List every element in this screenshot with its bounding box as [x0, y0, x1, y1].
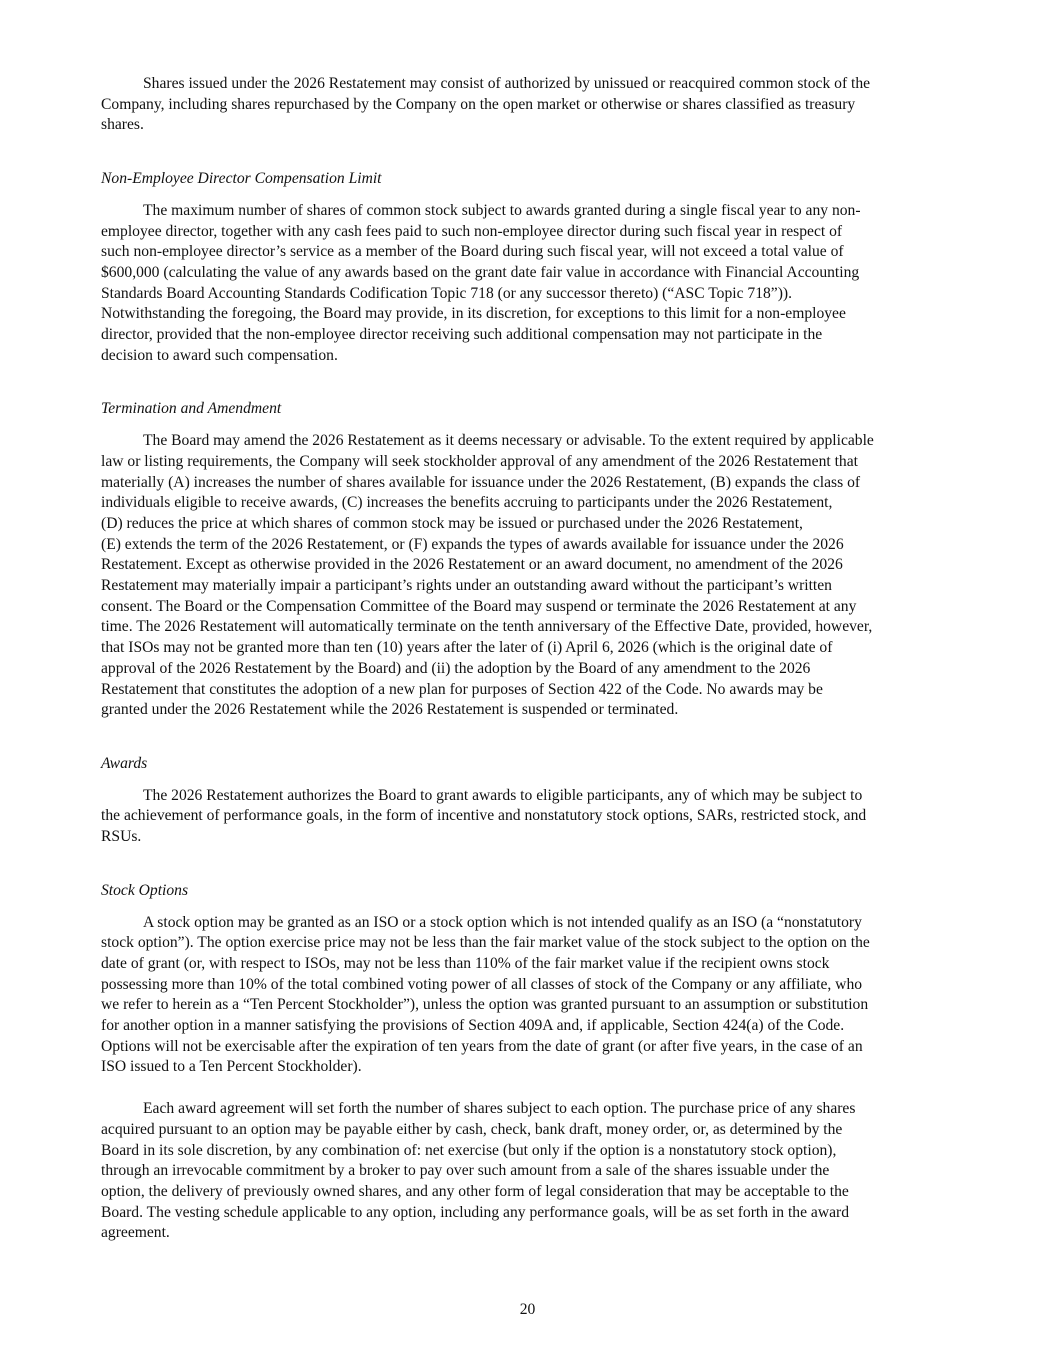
text-line: employee director, together with any cas…	[101, 222, 961, 243]
text-line: materially (A) increases the number of s…	[101, 473, 961, 494]
text-line: The maximum number of shares of common s…	[101, 201, 961, 222]
section-non-employee-director-limit: Non-Employee Director Compensation Limit…	[101, 169, 961, 366]
text-line: shares.	[101, 115, 961, 136]
text-line: (D) reduces the price at which shares of…	[101, 514, 961, 535]
text-line: Restatement. Except as otherwise provide…	[101, 555, 961, 576]
text-line: for another option in a manner satisfyin…	[101, 1016, 961, 1037]
text-line: Board. The vesting schedule applicable t…	[101, 1203, 961, 1224]
page-number: 20	[0, 1301, 1055, 1319]
text-line: through an irrevocable commitment by a b…	[101, 1161, 961, 1182]
text-line: A stock option may be granted as an ISO …	[101, 913, 961, 934]
text-line: Notwithstanding the foregoing, the Board…	[101, 304, 961, 325]
text-line: we refer to herein as a “Ten Percent Sto…	[101, 995, 961, 1016]
text-line: option, the delivery of previously owned…	[101, 1182, 961, 1203]
section-stock-options: Stock Options A stock option may be gran…	[101, 881, 961, 1244]
text-line: granted under the 2026 Restatement while…	[101, 700, 961, 721]
section-heading: Termination and Amendment	[101, 399, 961, 420]
text-line: individuals eligible to receive awards, …	[101, 493, 961, 514]
text-line: (E) extends the term of the 2026 Restate…	[101, 535, 961, 556]
section-shares-issued: Shares issued under the 2026 Restatement…	[101, 74, 961, 136]
section-awards: Awards The 2026 Restatement authorizes t…	[101, 754, 961, 848]
text-line: time. The 2026 Restatement will automati…	[101, 617, 961, 638]
text-line: The 2026 Restatement authorizes the Boar…	[101, 786, 961, 807]
text-line: the achievement of performance goals, in…	[101, 806, 961, 827]
text-line: that ISOs may not be granted more than t…	[101, 638, 961, 659]
text-line: decision to award such compensation.	[101, 346, 961, 367]
text-line: Restatement that constitutes the adoptio…	[101, 680, 961, 701]
section-heading: Non-Employee Director Compensation Limit	[101, 169, 961, 190]
text-line: consent. The Board or the Compensation C…	[101, 597, 961, 618]
text-line: approval of the 2026 Restatement by the …	[101, 659, 961, 680]
text-line: law or listing requirements, the Company…	[101, 452, 961, 473]
text-line: $600,000 (calculating the value of any a…	[101, 263, 961, 284]
paragraph-stock-options-1: A stock option may be granted as an ISO …	[101, 913, 961, 1079]
text-line: date of grant (or, with respect to ISOs,…	[101, 954, 961, 975]
paragraph-awards: The 2026 Restatement authorizes the Boar…	[101, 786, 961, 848]
section-heading: Awards	[101, 754, 961, 775]
section-heading: Stock Options	[101, 881, 961, 902]
text-line: stock option”). The option exercise pric…	[101, 933, 961, 954]
text-line: acquired pursuant to an option may be pa…	[101, 1120, 961, 1141]
text-line: Shares issued under the 2026 Restatement…	[101, 74, 961, 95]
text-line: Board in its sole discretion, by any com…	[101, 1141, 961, 1162]
paragraph-stock-options-2: Each award agreement will set forth the …	[101, 1099, 961, 1244]
text-line: director, provided that the non-employee…	[101, 325, 961, 346]
paragraph-shares-issued: Shares issued under the 2026 Restatement…	[101, 74, 961, 136]
text-line: ISO issued to a Ten Percent Stockholder)…	[101, 1057, 961, 1078]
text-line: such non-employee director’s service as …	[101, 242, 961, 263]
text-line: Each award agreement will set forth the …	[101, 1099, 961, 1120]
document-page: Shares issued under the 2026 Restatement…	[101, 74, 961, 1244]
text-line: Company, including shares repurchased by…	[101, 95, 961, 116]
paragraph-director-limit: The maximum number of shares of common s…	[101, 201, 961, 367]
text-line: Options will not be exercisable after th…	[101, 1037, 961, 1058]
text-line: possessing more than 10% of the total co…	[101, 975, 961, 996]
text-line: Standards Board Accounting Standards Cod…	[101, 284, 961, 305]
section-termination-amendment: Termination and Amendment The Board may …	[101, 399, 961, 721]
text-line: Restatement may materially impair a part…	[101, 576, 961, 597]
text-line: RSUs.	[101, 827, 961, 848]
text-line: The Board may amend the 2026 Restatement…	[101, 431, 961, 452]
text-line: agreement.	[101, 1223, 961, 1244]
paragraph-termination-amendment: The Board may amend the 2026 Restatement…	[101, 431, 961, 721]
